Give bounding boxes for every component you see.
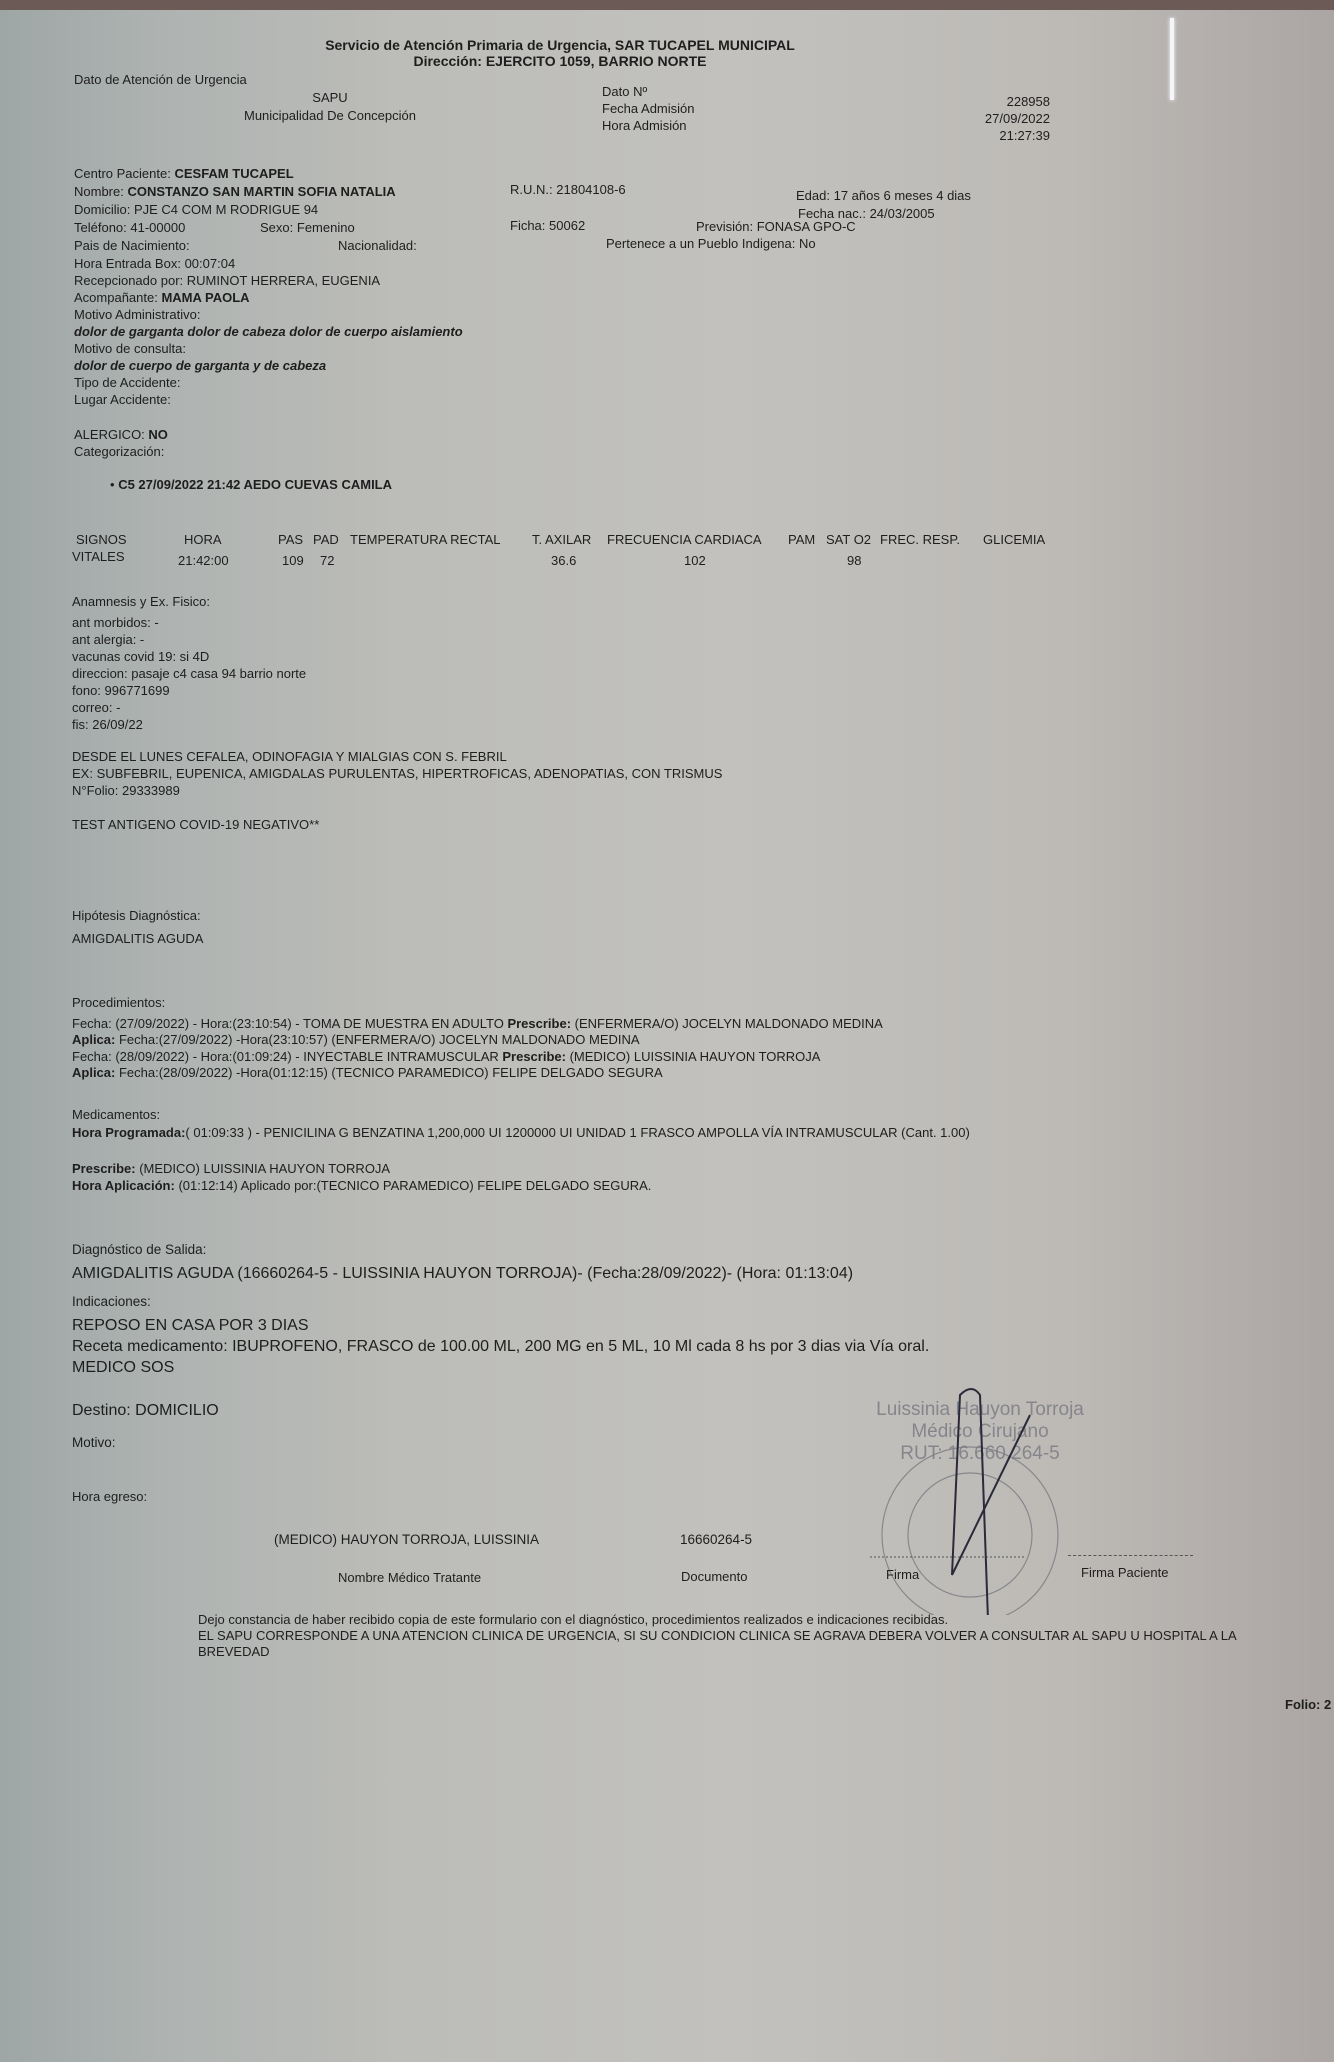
domicilio: Domicilio: PJE C4 COM M RODRIGUE 94 — [74, 202, 318, 218]
firma-paciente-label: Firma Paciente — [1081, 1565, 1168, 1581]
procedimientos-label: Procedimientos: — [72, 995, 165, 1011]
recepcionado-por: Recepcionado por: RUMINOT HERRERA, EUGEN… — [74, 273, 380, 289]
tipo-accidente: Tipo de Accidente: — [74, 375, 180, 391]
procedure-applied-line: Aplica: Fecha:(27/09/2022) -Hora(23:10:5… — [72, 1032, 640, 1048]
anamnesis-line: ant morbidos: - — [72, 615, 159, 631]
anamnesis-line: fono: 996771699 — [72, 683, 170, 699]
vitals-value-cell: 21:42:00 — [178, 553, 229, 569]
diagnostico-salida-value: AMIGDALITIS AGUDA (16660264-5 - LUISSINI… — [72, 1264, 853, 1284]
medicamentos-label: Medicamentos: — [72, 1107, 160, 1123]
motivo-salida: Motivo: — [72, 1434, 116, 1451]
nombre-medico-label: Nombre Médico Tratante — [338, 1570, 481, 1586]
anamnesis-line: correo: - — [72, 700, 120, 716]
bullet-icon: • — [110, 477, 115, 492]
firma-label: Firma — [886, 1567, 919, 1583]
photo-background-edge — [0, 0, 1334, 10]
institution: SAPU — [230, 90, 430, 106]
alergico: ALERGICO: NO — [74, 427, 168, 443]
anamnesis-line: ant alergia: - — [72, 632, 144, 648]
hipotesis-value: AMIGDALITIS AGUDA — [72, 931, 203, 947]
procedure-applied-line: Aplica: Fecha:(28/09/2022) -Hora(01:12:1… — [72, 1065, 663, 1081]
vitals-header-cell: TEMPERATURA RECTAL — [350, 532, 500, 548]
edad: Edad: 17 años 6 meses 4 dias — [796, 188, 971, 204]
clinical-line: EX: SUBFEBRIL, EUPENICA, AMIGDALAS PURUL… — [72, 766, 722, 782]
vitals-header-cell: T. AXILAR — [532, 532, 591, 548]
sexo: Sexo: Femenino — [260, 220, 355, 236]
acompanante: Acompañante: MAMA PAOLA — [74, 290, 250, 306]
document-address: Dirección: EJERCITO 1059, BARRIO NORTE — [300, 52, 820, 70]
medico-nombre: (MEDICO) HAUYON TORROJA, LUISSINIA — [274, 1531, 539, 1548]
anamnesis-line: direccion: pasaje c4 casa 94 barrio nort… — [72, 666, 306, 682]
motivo-administrativo-value: dolor de garganta dolor de cabeza dolor … — [74, 324, 463, 340]
vitals-value-cell: 72 — [320, 553, 334, 569]
telefono: Teléfono: 41-00000 — [74, 220, 185, 236]
documento-label: Documento — [681, 1569, 747, 1585]
categorizacion-label: Categorización: — [74, 444, 164, 460]
vitals-value-cell: 98 — [847, 553, 861, 569]
medico-documento: 16660264-5 — [680, 1531, 752, 1548]
light-glare — [1170, 18, 1174, 100]
dato-value: 228958 — [950, 94, 1050, 110]
folio: Folio: 2 — [1285, 1697, 1331, 1713]
motivo-consulta-label: Motivo de consulta: — [74, 341, 186, 357]
hora-admision-value: 21:27:39 — [950, 128, 1050, 144]
destino: Destino: DOMICILIO — [72, 1401, 219, 1421]
indicacion-line: MEDICO SOS — [72, 1358, 174, 1378]
procedure-line: Fecha: (27/09/2022) - Hora:(23:10:54) - … — [72, 1016, 883, 1032]
vitals-header-cell: PAS — [278, 532, 303, 548]
motivo-consulta-value: dolor de cuerpo de garganta y de cabeza — [74, 358, 326, 374]
vitals-value-cell: 36.6 — [551, 553, 576, 569]
diagnostico-salida-label: Diagnóstico de Salida: — [72, 1241, 206, 1258]
vitals-header-cell: PAD — [313, 532, 339, 548]
indicacion-line: Receta medicamento: IBUPROFENO, FRASCO d… — [72, 1337, 929, 1357]
clinical-line: N°Folio: 29333989 — [72, 783, 180, 799]
run: R.U.N.: 21804108-6 — [510, 182, 626, 198]
patient-signature-line — [1068, 1555, 1193, 1556]
aviso: EL SAPU CORRESPONDE A UNA ATENCION CLINI… — [198, 1628, 1238, 1660]
vitals-header-cell: GLICEMIA — [983, 532, 1045, 548]
indicaciones-label: Indicaciones: — [72, 1293, 151, 1310]
pueblo-indigena: Pertenece a un Pueblo Indigena: No — [606, 236, 816, 252]
vitals-value-cell: 109 — [282, 553, 304, 569]
nombre-paciente: Nombre: CONSTANZO SAN MARTIN SOFIA NATAL… — [74, 184, 396, 200]
municipality: Municipalidad De Concepción — [220, 108, 440, 124]
centro-paciente: Centro Paciente: CESFAM TUCAPEL — [74, 166, 294, 182]
medicamento-aplicacion: Hora Aplicación: (01:12:14) Aplicado por… — [72, 1178, 651, 1194]
pais-nacimiento: Pais de Nacimiento: — [74, 238, 190, 254]
hora-entrada-box: Hora Entrada Box: 00:07:04 — [74, 256, 235, 272]
motivo-administrativo-label: Motivo Administrativo: — [74, 307, 200, 323]
svg-text:Médico Cirujano: Médico Cirujano — [911, 1421, 1048, 1442]
vitals-header-cell: FREC. RESP. — [880, 532, 960, 548]
lugar-accidente: Lugar Accidente: — [74, 392, 171, 408]
ficha: Ficha: 50062 — [510, 218, 585, 234]
hora-egreso: Hora egreso: — [72, 1489, 147, 1505]
indicacion-line: REPOSO EN CASA POR 3 DIAS — [72, 1316, 309, 1336]
categorizacion-value: • C5 27/09/2022 21:42 AEDO CUEVAS CAMILA — [110, 477, 392, 493]
clinical-line: DESDE EL LUNES CEFALEA, ODINOFAGIA Y MIA… — [72, 749, 507, 765]
hora-admision-label: Hora Admisión — [602, 118, 687, 134]
vitals-header-cell: HORA — [184, 532, 222, 548]
prevision: Previsión: FONASA GPO-C — [696, 219, 856, 235]
vitals-value-cell: 102 — [684, 553, 706, 569]
hipotesis-label: Hipótesis Diagnóstica: — [72, 908, 201, 924]
vitals-label-2: VITALES — [72, 549, 125, 565]
anamnesis-line: vacunas covid 19: si 4D — [72, 649, 209, 665]
vitals-header-cell: SAT O2 — [826, 532, 871, 548]
anamnesis-line: fis: 26/09/22 — [72, 717, 143, 733]
vitals-label-1: SIGNOS — [76, 532, 127, 548]
constancia: Dejo constancia de haber recibido copia … — [198, 1612, 948, 1628]
dato-label: Dato Nº — [602, 84, 647, 100]
fecha-admision-value: 27/09/2022 — [950, 111, 1050, 127]
anamnesis-label: Anamnesis y Ex. Fisico: — [72, 594, 210, 610]
svg-text:RUT: 16.660.264-5: RUT: 16.660.264-5 — [900, 1443, 1060, 1464]
nacionalidad: Nacionalidad: — [338, 238, 417, 254]
section-label: Dato de Atención de Urgencia — [74, 72, 247, 88]
medicamento-prescribe: Prescribe: (MEDICO) LUISSINIA HAUYON TOR… — [72, 1161, 390, 1177]
medicamento-programado: Hora Programada:( 01:09:33 ) - PENICILIN… — [72, 1125, 1072, 1141]
vitals-header-cell: FRECUENCIA CARDIACA — [607, 532, 762, 548]
fecha-admision-label: Fecha Admisión — [602, 101, 695, 117]
vitals-header-cell: PAM — [788, 532, 815, 548]
covid-test: TEST ANTIGENO COVID-19 NEGATIVO** — [72, 817, 319, 833]
procedure-line: Fecha: (28/09/2022) - Hora:(01:09:24) - … — [72, 1049, 820, 1065]
